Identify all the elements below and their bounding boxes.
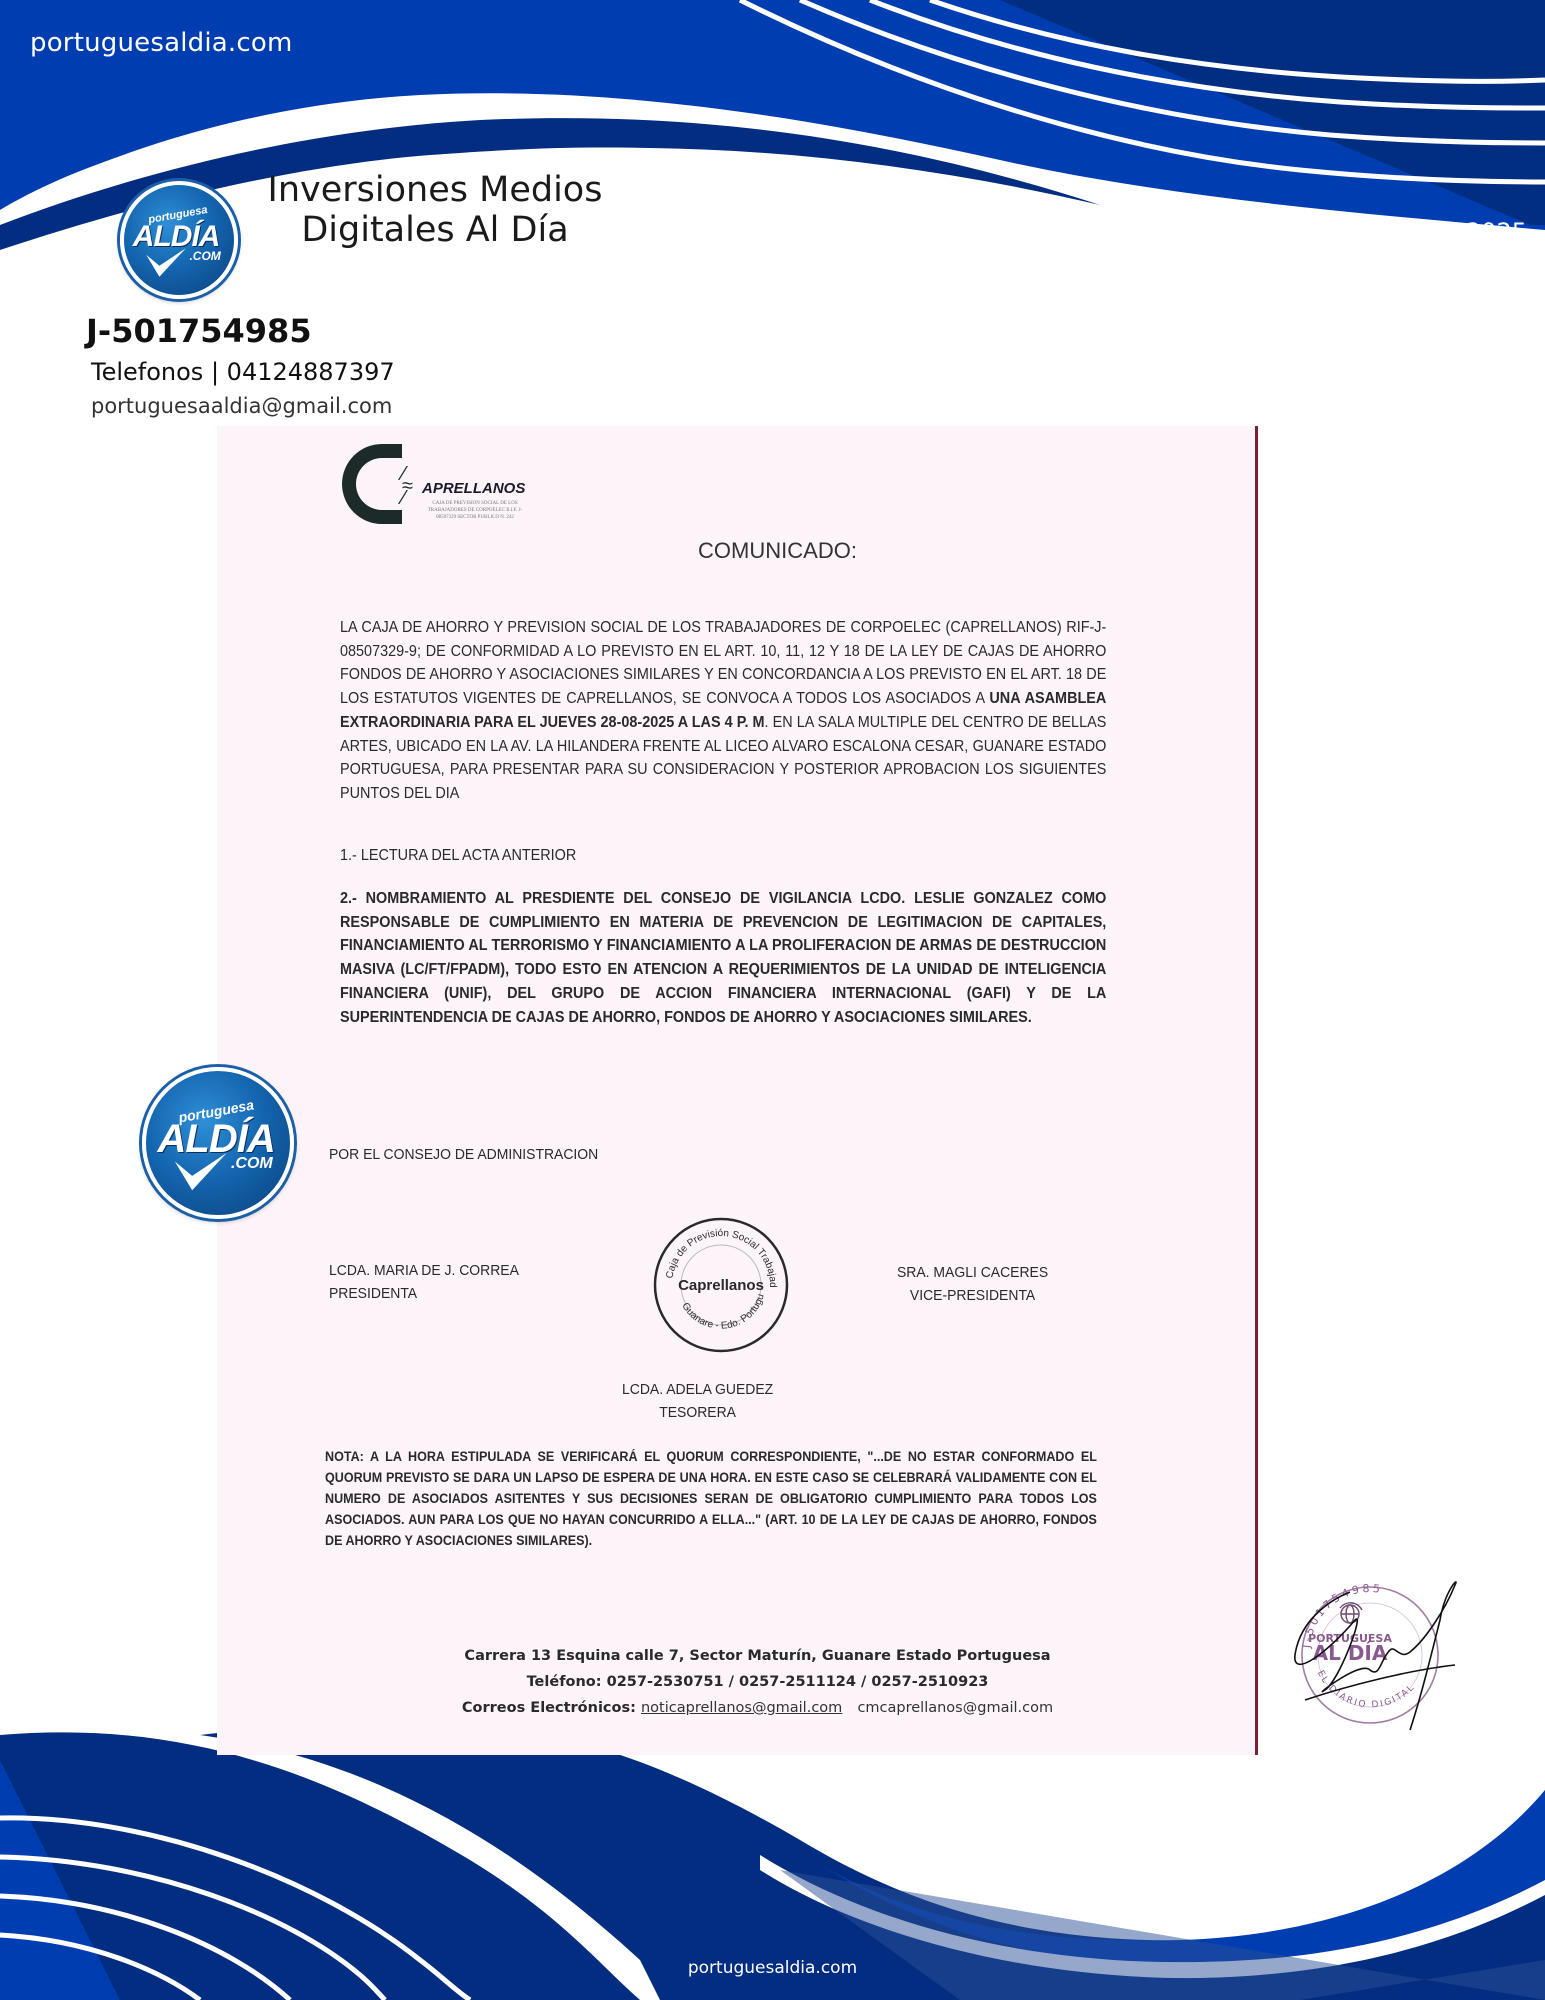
company-email[interactable]: portuguesaaldia@gmail.com (91, 394, 392, 418)
portuguesa-al-dia-logo-large: portuguesa ALDÍA .COM (142, 1067, 294, 1219)
portuguesa-al-dia-seal-with-signature: J-501754985 PORTUGUESA AL DÍA EL DIARIO … (1270, 1560, 1490, 1750)
agenda-item: 1.- LECTURA DEL ACTA ANTERIOR (340, 844, 1106, 868)
portuguesa-al-dia-logo: portuguesa ALDÍA .COM (120, 181, 238, 299)
document-title: COMUNICADO: (217, 538, 1258, 564)
caprellanos-c-mark (342, 444, 402, 524)
org-email-2[interactable]: cmcaprellanos@gmail.com (857, 1700, 1053, 1716)
signed-by-label: POR EL CONSEJO DE ADMINISTRACION (329, 1146, 598, 1163)
signatory-role: PRESIDENTA (329, 1282, 519, 1305)
phones-value[interactable]: 04124887397 (227, 358, 395, 386)
signatory-role: VICE-PRESIDENTA (897, 1284, 1048, 1307)
intro-paragraph: LA CAJA DE AHORRO Y PREVISION SOCIAL DE … (340, 616, 1106, 806)
scanned-communique: ⁄≈⁄ APRELLANOS CAJA DE PREVISION SOCIAL … (217, 426, 1258, 1755)
signatory-name: LCDA. MARIA DE J. CORREA (329, 1259, 519, 1282)
org-email-link-1[interactable]: noticaprellanos@gmail.com (641, 1700, 842, 1716)
company-rif: J-501754985 (86, 312, 312, 350)
caprellanos-logo-subtitle: CAJA DE PREVISION SOCIAL DE LOS TRABAJAD… (420, 500, 530, 521)
caprellanos-logo-name: APRELLANOS (422, 480, 525, 497)
signatory-president: LCDA. MARIA DE J. CORREA PRESIDENTA (329, 1259, 519, 1305)
checkmark-icon (172, 1150, 230, 1193)
signatory-name: LCDA. ADELA GUEDEZ (622, 1378, 773, 1401)
company-name: Inversiones Medios Digitales Al Día (250, 170, 620, 250)
signatory-role: TESORERA (622, 1401, 773, 1424)
svg-text:Caprellanos: Caprellanos (678, 1277, 764, 1294)
document-footer: Carrera 13 Esquina calle 7, Sector Matur… (217, 1643, 1258, 1721)
globe-icon (1340, 1603, 1362, 1623)
logo-suffix-text: .COM (189, 249, 220, 263)
agenda-item: 2.- NOMBRAMIENTO AL PRESDIENTE DEL CONSE… (340, 887, 1106, 1029)
sun-rays-icon: ⁄≈⁄ (402, 468, 413, 504)
quorum-note: NOTA: A LA HORA ESTIPULADA SE VERIFICARÁ… (325, 1446, 1097, 1551)
logo-suffix-text: .COM (231, 1155, 273, 1173)
org-address: Carrera 13 Esquina calle 7, Sector Matur… (257, 1643, 1258, 1669)
checkmark-icon (144, 246, 188, 279)
signatory-treasurer: LCDA. ADELA GUEDEZ TESORERA (622, 1378, 773, 1424)
org-emails: Correos Electrónicos: noticaprellanos@gm… (257, 1695, 1258, 1721)
company-name-line2: Digitales Al Día (250, 210, 620, 250)
svg-text:EL DIARIO DIGITAL: EL DIARIO DIGITAL (1315, 1669, 1417, 1710)
company-name-line1: Inversiones Medios (250, 170, 620, 210)
phones-label: Telefonos | (91, 358, 219, 386)
signatory-name: SRA. MAGLI CACERES (897, 1261, 1048, 1284)
org-phones: Teléfono: 0257-2530751 / 0257-2511124 / … (257, 1669, 1258, 1695)
site-url-header[interactable]: portuguesaldia.com (30, 28, 293, 58)
signatory-vice-president: SRA. MAGLI CACERES VICE-PRESIDENTA (897, 1261, 1048, 1307)
caprellanos-stamp: Caja de Previsión Social Trabajadores Ll… (650, 1214, 792, 1356)
header-date: Acarigua, 13 de Agosto Julio de 2025 (1083, 218, 1527, 246)
company-phones: Telefonos | 04124887397 (91, 358, 395, 386)
site-url-footer[interactable]: portuguesaldia.com (0, 1958, 1545, 1978)
emails-label: Correos Electrónicos: (462, 1700, 636, 1716)
caprellanos-logo: ⁄≈⁄ APRELLANOS CAJA DE PREVISION SOCIAL … (342, 438, 582, 538)
